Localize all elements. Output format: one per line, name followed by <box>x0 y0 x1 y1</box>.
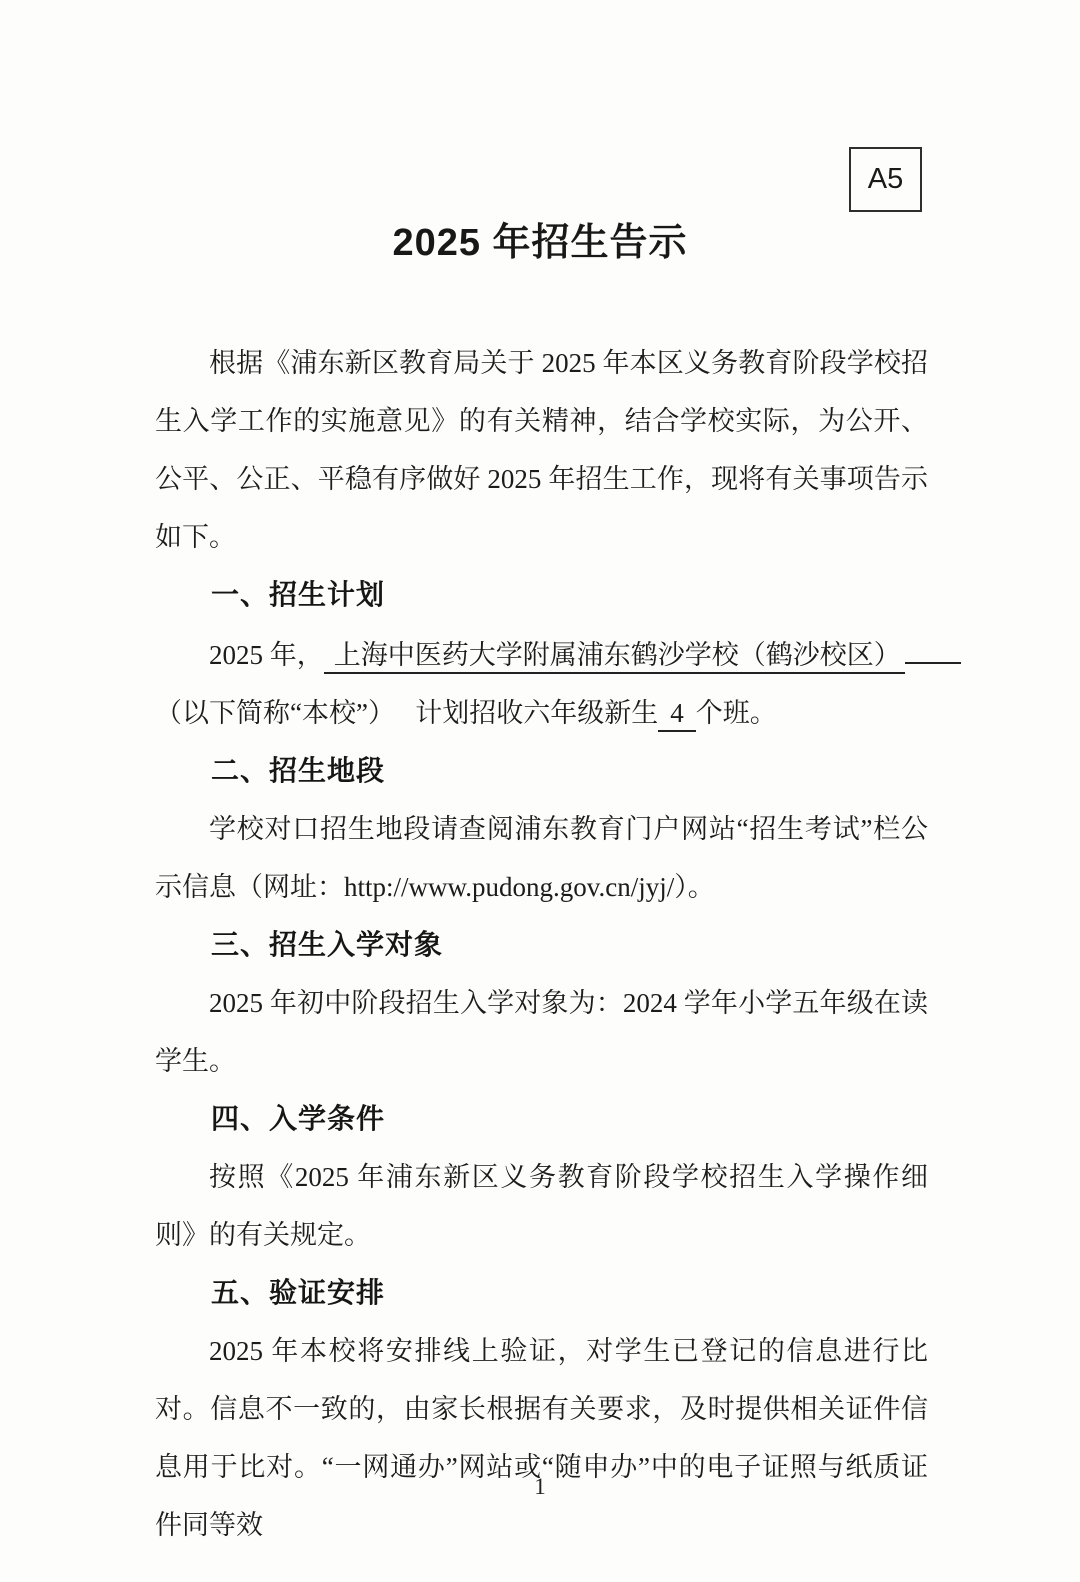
section-2-paragraph: 学校对口招生地段请查阅浦东教育门户网站“招生考试”栏公示信息（网址：http:/… <box>155 800 928 916</box>
class-count-blank: 4 <box>658 698 696 732</box>
intro-paragraph: 根据《浦东新区教育局关于 2025 年本区义务教育阶段学校招生入学工作的实施意见… <box>155 334 928 566</box>
document-page: A5 2025 年招生告示 根据《浦东新区教育局关于 2025 年本区义务教育阶… <box>0 0 1080 1582</box>
document-body: 根据《浦东新区教育局关于 2025 年本区义务教育阶段学校招生入学工作的实施意见… <box>155 334 928 1554</box>
abbrev-text: （以下简称“本校”） 计划招收六年级新生 <box>155 698 658 728</box>
abbrev-line: （以下简称“本校”） 计划招收六年级新生4个班。 <box>155 684 928 742</box>
section-4-paragraph: 按照《2025 年浦东新区义务教育阶段学校招生入学操作细则》的有关规定。 <box>155 1148 928 1264</box>
underlined-school-name: 上海中医药大学附属浦东鹤沙学校（鹤沙校区） <box>324 640 905 674</box>
section-heading-3: 三、招生入学对象 <box>155 916 928 974</box>
document-title: 2025 年招生告示 <box>0 211 1080 266</box>
section-5-paragraph: 2025 年本校将安排线上验证，对学生已登记的信息进行比对。信息不一致的，由家长… <box>155 1322 928 1554</box>
paper-size-label: A5 <box>868 163 903 196</box>
underline-blank <box>905 624 961 664</box>
plan-prefix: 2025 年， <box>209 640 324 670</box>
plan-line: 2025 年，上海中医药大学附属浦东鹤沙学校（鹤沙校区） <box>155 624 928 684</box>
section-heading-1: 一、招生计划 <box>155 566 928 624</box>
section-heading-2: 二、招生地段 <box>155 742 928 800</box>
section-heading-4: 四、入学条件 <box>155 1090 928 1148</box>
page-number: 1 <box>0 1474 1080 1500</box>
section-heading-5: 五、验证安排 <box>155 1264 928 1322</box>
paper-size-badge: A5 <box>849 147 922 212</box>
class-suffix: 个班。 <box>696 698 777 728</box>
section-3-paragraph: 2025 年初中阶段招生入学对象为：2024 学年小学五年级在读学生。 <box>155 974 928 1090</box>
